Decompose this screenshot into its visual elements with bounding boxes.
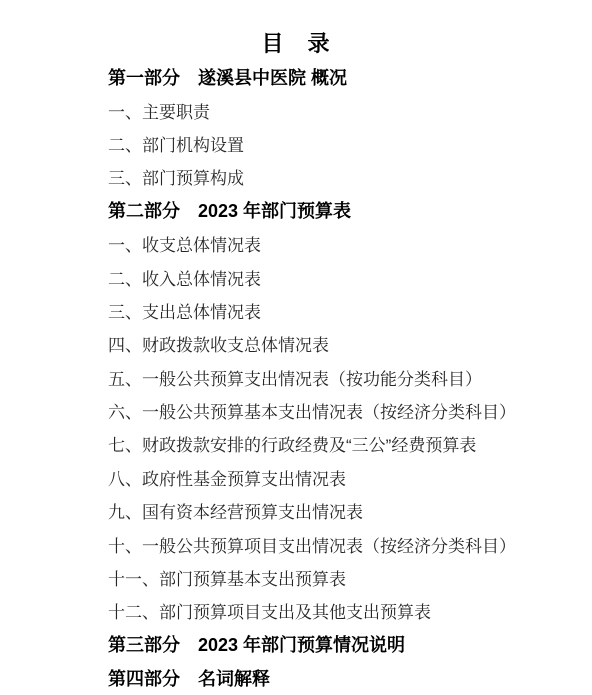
toc-section-heading: 第三部分 2023 年部门预算情况说明 bbox=[0, 628, 592, 661]
toc-section-heading: 第二部分 2023 年部门预算表 bbox=[0, 194, 592, 227]
toc-item: 十、一般公共预算项目支出情况表（按经济分类科目） bbox=[0, 527, 592, 560]
toc-item: 十二、部门预算项目支出及其他支出预算表 bbox=[0, 594, 592, 627]
toc-item: 九、国有资本经营预算支出情况表 bbox=[0, 494, 592, 527]
toc-item: 二、部门机构设置 bbox=[0, 127, 592, 160]
toc-item: 六、一般公共预算基本支出情况表（按经济分类科目） bbox=[0, 394, 592, 427]
toc-item: 十一、部门预算基本支出预算表 bbox=[0, 561, 592, 594]
toc-item: 八、政府性基金预算支出情况表 bbox=[0, 461, 592, 494]
document-page: 目 录 第一部分 遂溪县中医院 概况一、主要职责二、部门机构设置三、部门预算构成… bbox=[0, 0, 592, 695]
toc-section-heading: 第四部分 名词解释 bbox=[0, 661, 592, 694]
toc-list: 第一部分 遂溪县中医院 概况一、主要职责二、部门机构设置三、部门预算构成第二部分… bbox=[0, 60, 592, 694]
toc-item: 一、收支总体情况表 bbox=[0, 227, 592, 260]
toc-item: 三、部门预算构成 bbox=[0, 160, 592, 193]
toc-item: 二、收入总体情况表 bbox=[0, 260, 592, 293]
toc-item: 五、一般公共预算支出情况表（按功能分类科目） bbox=[0, 361, 592, 394]
toc-item: 七、财政拨款安排的行政经费及“三公”经费预算表 bbox=[0, 427, 592, 460]
toc-item: 三、支出总体情况表 bbox=[0, 294, 592, 327]
toc-item: 四、财政拨款收支总体情况表 bbox=[0, 327, 592, 360]
toc-item: 一、主要职责 bbox=[0, 93, 592, 126]
page-title: 目 录 bbox=[0, 24, 592, 60]
toc-section-heading: 第一部分 遂溪县中医院 概况 bbox=[0, 60, 592, 93]
